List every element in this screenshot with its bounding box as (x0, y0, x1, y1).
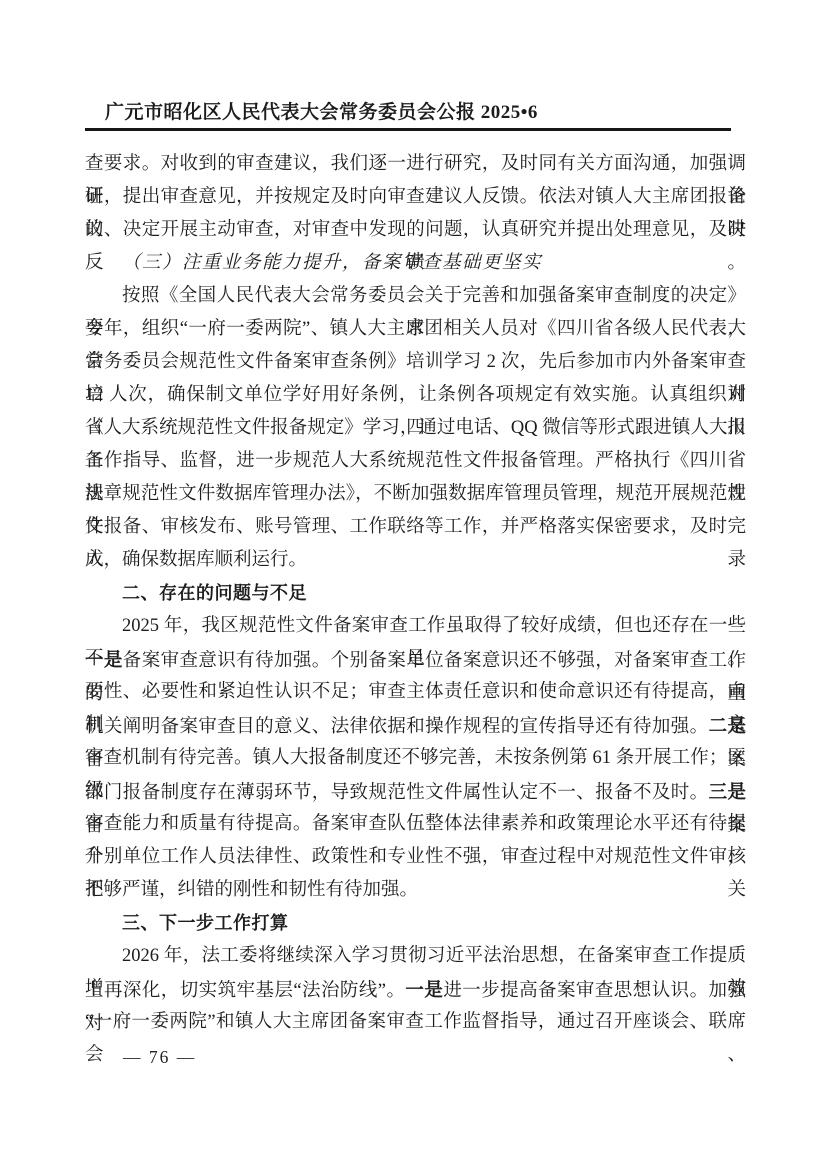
text-line: 规章规范性文件数据库管理办法》，不断加强数据库管理员管理，规范开展规范性文 (85, 478, 746, 511)
text-run: 入，确保数据库顺利运行。 (85, 550, 307, 570)
text-line: 省人大系统规范性文件报备规定》学习，通过电话、QQ 微信等形式跟进镇人大报备 (85, 412, 746, 445)
text-line: 审查机制有待完善。镇人大报备制度还不够完善，未按条例第 61 条开展工作；区级 (85, 742, 746, 775)
text-line: 2026 年，法工委将继续深入学习贯彻习近平法治思想，在备案审查工作提质增效 (85, 940, 746, 973)
text-line: 一是备案审查意识有待加强。个别备案单位备案意识还不够强，对备案审查工作的重 (85, 643, 746, 676)
text-line: 上再深化，切实筑牢基层“法治防线”。一是进一步提高备案审查思想认识。加强对 (85, 973, 746, 1006)
text-run: 不够严谨，纠错的刚性和韧性有待加强。 (85, 880, 418, 900)
text-run: （三）注重业务能力提升，备案审查基础更坚实 (122, 253, 542, 273)
text-line: 2025 年，我区规范性文件备案审查工作虽取得了较好成绩，但也还存在一些不足。 (85, 610, 746, 643)
bold-run: 二是 (709, 715, 746, 736)
text-run: 三、下一步工作打算 (122, 913, 289, 933)
text-line: 证，提出审查意见，并按规定及时向审查建议人反馈。依法对镇人大主席团报备的决 (85, 181, 746, 214)
text-line: 常务委员会规范性文件备案审查条例》培训学习 2 次，先后参加市内外备案审查培训 (85, 346, 746, 379)
bold-run: 一是 (405, 979, 443, 1000)
text-run: 二、存在的问题与不足 (122, 583, 307, 603)
text-line: 机关阐明备案审查目的意义、法律依据和操作规程的宣传指导还有待加强。二是备案 (85, 709, 746, 742)
text-line: 查要求。对收到的审查建议，我们逐一进行研究，及时同有关方面沟通，加强调研论 (85, 148, 746, 181)
text-run: 上再深化，切实筑牢基层“法治防线”。 (85, 981, 405, 1001)
text-line: 12 人次，确保制文单位学好用好条例，让条例各项规定有效实施。认真组织对《四川 (85, 379, 746, 412)
text-run: 部门报备制度存在薄弱环节，导致规范性文件属性认定不一、报备不及时。 (85, 783, 709, 803)
text-run: 机关阐明备案审查目的意义、法律依据和操作规程的宣传指导还有待加强。 (85, 717, 709, 737)
document-page: 广元市昭化区人民代表大会常务委员会公报 2025•6 查要求。对收到的审查建议，… (0, 0, 827, 1170)
bold-run: 一是 (85, 649, 123, 670)
text-line: 个别单位工作人员法律性、政策性和专业性不强，审查过程中对规范性文件审核把关 (85, 841, 746, 874)
text-line: 部门报备制度存在薄弱环节，导致规范性文件属性认定不一、报备不及时。三是备案 (85, 775, 746, 808)
page-header-title: 广元市昭化区人民代表大会常务委员会公报 2025•6 (105, 97, 538, 124)
text-line: 审查能力和质量有待提高。备案审查队伍整体法律素养和政策理论水平还有待提升， (85, 808, 746, 841)
page-number: — 76 — (123, 1045, 196, 1069)
text-line: 件报备、审核发布、账号管理、工作联络等工作，并严格落实保密要求，及时完成录 (85, 511, 746, 544)
text-line: 今年，组织“一府一委两院”、镇人大主席团相关人员对《四川省各级人民代表大会 (85, 313, 746, 346)
text-line: 议、决定开展主动审查，对审查中发现的问题，认真研究并提出处理意见，及时反馈。 (85, 214, 746, 247)
bold-run: 三是 (709, 781, 746, 802)
text-line: 要性、必要性和紧迫性认识不足；审查主体责任意识和使命意识还有待提高，向制文 (85, 676, 746, 709)
text-line: 工作指导、监督，进一步规范人大系统规范性文件报备管理。严格执行《四川省法规 (85, 445, 746, 478)
text-line: 二、存在的问题与不足 (85, 577, 746, 610)
text-line: 三、下一步工作打算 (85, 907, 746, 940)
text-line: “一府一委两院”和镇人大主席团备案审查工作监督指导，通过召开座谈会、联席会、 (85, 1006, 746, 1039)
text-line: 按照《全国人民代表大会常务委员会关于完善和加强备案审查制度的决定》要求， (85, 280, 746, 313)
document-body: 查要求。对收到的审查建议，我们逐一进行研究，及时同有关方面沟通，加强调研论证，提… (85, 148, 746, 1039)
header-rule (85, 128, 731, 131)
